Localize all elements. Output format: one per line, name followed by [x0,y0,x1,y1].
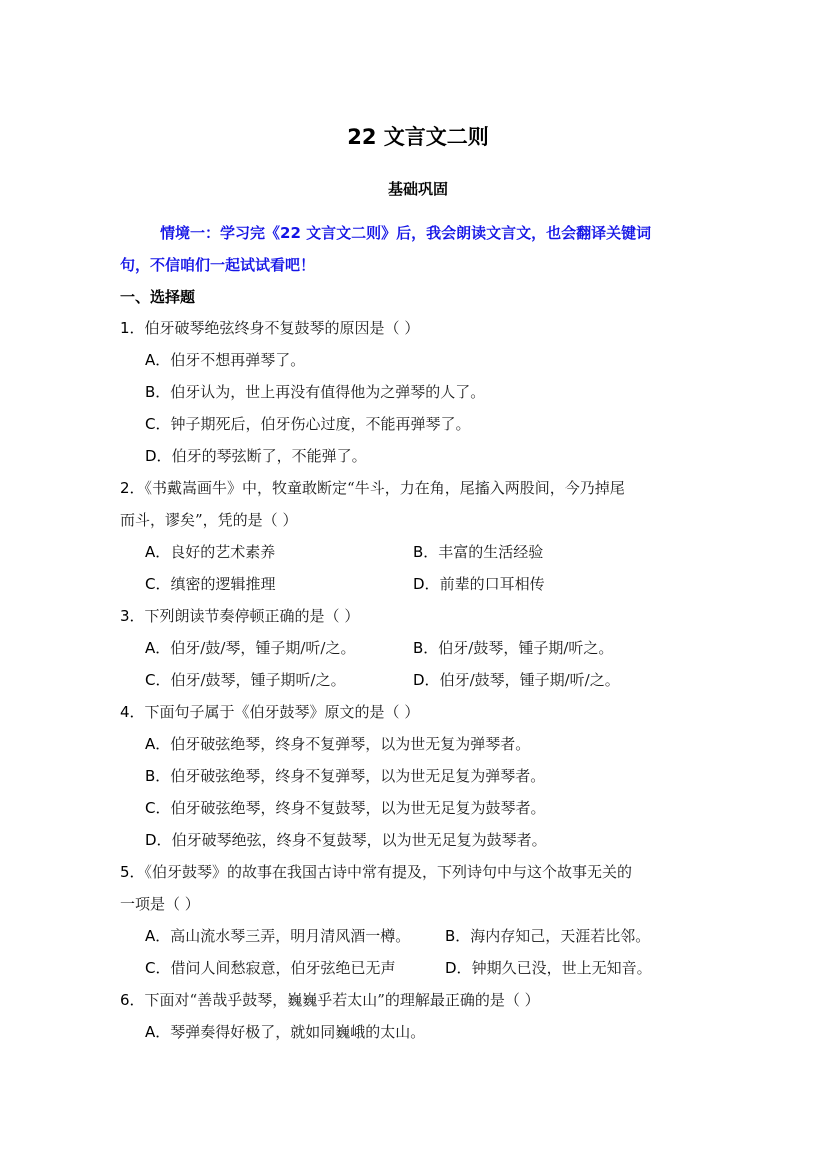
option-label: C． [145,799,170,817]
scenario-line-2: 句，不信咱们一起试试看吧！ [120,255,315,275]
question-number: 2． [120,479,145,497]
question-number: 3． [120,607,145,625]
option-label: D． [145,831,172,849]
question-number: 5． [120,863,145,881]
option-text: 伯牙破弦绝琴，终身不复鼓琴，以为世无足复为鼓琴者。 [170,799,545,817]
option-label: D． [413,575,440,593]
option-2a: A．良好的艺术素养 [145,542,275,562]
option-label: A． [145,351,170,369]
option-text: 伯牙破弦绝琴，终身不复弹琴，以为世无复为弹琴者。 [170,735,530,753]
section-heading: 一、选择题 [120,287,195,307]
option-text: 伯牙破琴绝弦，终身不复鼓琴，以为世无足复为鼓琴者。 [172,831,547,849]
scenario-line-1: 情境一：学习完《22 文言文二则》后，我会朗读文言文，也会翻译关键词 [160,223,651,243]
option-label: C． [145,671,170,689]
option-4d: D．伯牙破琴绝弦，终身不复鼓琴，以为世无足复为鼓琴者。 [145,830,547,850]
option-3c: C．伯牙/鼓琴，锺子期听/之。 [145,670,346,690]
question-5-continued: 一项是（ ） [120,894,200,914]
option-6a: A．琴弹奏得好极了，就如同巍峨的太山。 [145,1022,425,1042]
option-text: 伯牙/鼓琴，锺子期/听之。 [438,639,613,657]
option-label: C． [145,575,170,593]
option-text: 伯牙/鼓琴，锺子期/听/之。 [440,671,620,689]
option-text: 伯牙的琴弦断了，不能弹了。 [172,447,367,465]
option-label: C． [145,959,170,977]
option-label: B． [413,639,438,657]
option-text: 海内存知己，天涯若比邻。 [470,927,650,945]
option-label: B． [445,927,470,945]
option-1d: D．伯牙的琴弦断了，不能弹了。 [145,446,367,466]
question-stem: 《伯牙鼓琴》的故事在我国古诗中常有提及，下列诗句中与这个故事无关的 [145,863,633,881]
option-label: B． [413,543,438,561]
option-2d: D．前辈的口耳相传 [413,574,545,594]
option-text: 钟期久已没，世上无知音。 [472,959,652,977]
option-text: 前辈的口耳相传 [440,575,545,593]
question-stem: 下面句子属于《伯牙鼓琴》原文的是（ ） [145,703,420,721]
question-5: 5．《伯牙鼓琴》的故事在我国古诗中常有提及，下列诗句中与这个故事无关的 [120,862,632,882]
option-1c: C．钟子期死后，伯牙伤心过度，不能再弹琴了。 [145,414,471,434]
question-stem: 下列朗读节奏停顿正确的是（ ） [145,607,360,625]
option-3a: A．伯牙/鼓/琴，锺子期/听/之。 [145,638,355,658]
option-label: A． [145,543,170,561]
option-4b: B．伯牙破弦绝琴，终身不复弹琴，以为世无足复为弹琴者。 [145,766,545,786]
question-3: 3．下列朗读节奏停顿正确的是（ ） [120,606,359,626]
question-number: 1． [120,319,145,337]
document-page: 22 文言文二则 基础巩固 情境一：学习完《22 文言文二则》后，我会朗读文言文… [0,0,826,1169]
option-5a: A．高山流水琴三弄，明月清风酒一樽。 [145,926,410,946]
question-number: 4． [120,703,145,721]
option-4c: C．伯牙破弦绝琴，终身不复鼓琴，以为世无足复为鼓琴者。 [145,798,546,818]
option-label: A． [145,1023,170,1041]
option-1a: A．伯牙不想再弹琴了。 [145,350,305,370]
option-text: 伯牙不想再弹琴了。 [170,351,305,369]
option-3b: B．伯牙/鼓琴，锺子期/听之。 [413,638,613,658]
option-text: 琴弹奏得好极了，就如同巍峨的太山。 [170,1023,425,1041]
option-text: 钟子期死后，伯牙伤心过度，不能再弹琴了。 [170,415,470,433]
option-text: 伯牙认为，世上再没有值得他为之弹琴的人了。 [170,383,485,401]
option-text: 借问人间愁寂意，伯牙弦绝已无声 [170,959,395,977]
page-title: 22 文言文二则 [0,121,826,151]
option-2b: B．丰富的生活经验 [413,542,543,562]
question-stem: 《书戴嵩画牛》中，牧童敢断定“牛斗，力在角，尾搐入两股间，今乃掉尾 [145,479,625,497]
option-5b: B．海内存知己，天涯若比邻。 [445,926,650,946]
option-label: D． [413,671,440,689]
question-stem: 伯牙破琴绝弦终身不复鼓琴的原因是（ ） [145,319,420,337]
question-stem: 下面对“善哉乎鼓琴，巍巍乎若太山”的理解最正确的是（ ） [145,991,540,1009]
question-1: 1．伯牙破琴绝弦终身不复鼓琴的原因是（ ） [120,318,419,338]
option-label: A． [145,927,170,945]
option-text: 伯牙/鼓/琴，锺子期/听/之。 [170,639,355,657]
option-label: A． [145,639,170,657]
option-5c: C．借问人间愁寂意，伯牙弦绝已无声 [145,958,396,978]
option-text: 高山流水琴三弄，明月清风酒一樽。 [170,927,410,945]
question-6: 6．下面对“善哉乎鼓琴，巍巍乎若太山”的理解最正确的是（ ） [120,990,540,1010]
option-label: A． [145,735,170,753]
option-2c: C．缜密的逻辑推理 [145,574,276,594]
option-3d: D．伯牙/鼓琴，锺子期/听/之。 [413,670,620,690]
option-label: D． [145,447,172,465]
question-2-continued: 而斗，谬矣”，凭的是（ ） [120,510,297,530]
option-text: 缜密的逻辑推理 [170,575,275,593]
option-text: 丰富的生活经验 [438,543,543,561]
option-text: 伯牙/鼓琴，锺子期听/之。 [170,671,345,689]
option-4a: A．伯牙破弦绝琴，终身不复弹琴，以为世无复为弹琴者。 [145,734,530,754]
option-1b: B．伯牙认为，世上再没有值得他为之弹琴的人了。 [145,382,485,402]
option-label: D． [445,959,472,977]
option-label: C． [145,415,170,433]
option-5d: D．钟期久已没，世上无知音。 [445,958,652,978]
section-subtitle: 基础巩固 [0,178,826,199]
question-2: 2．《书戴嵩画牛》中，牧童敢断定“牛斗，力在角，尾搐入两股间，今乃掉尾 [120,478,625,498]
option-label: B． [145,383,170,401]
option-label: B． [145,767,170,785]
option-text: 良好的艺术素养 [170,543,275,561]
option-text: 伯牙破弦绝琴，终身不复弹琴，以为世无足复为弹琴者。 [170,767,545,785]
question-4: 4．下面句子属于《伯牙鼓琴》原文的是（ ） [120,702,419,722]
question-number: 6． [120,991,145,1009]
